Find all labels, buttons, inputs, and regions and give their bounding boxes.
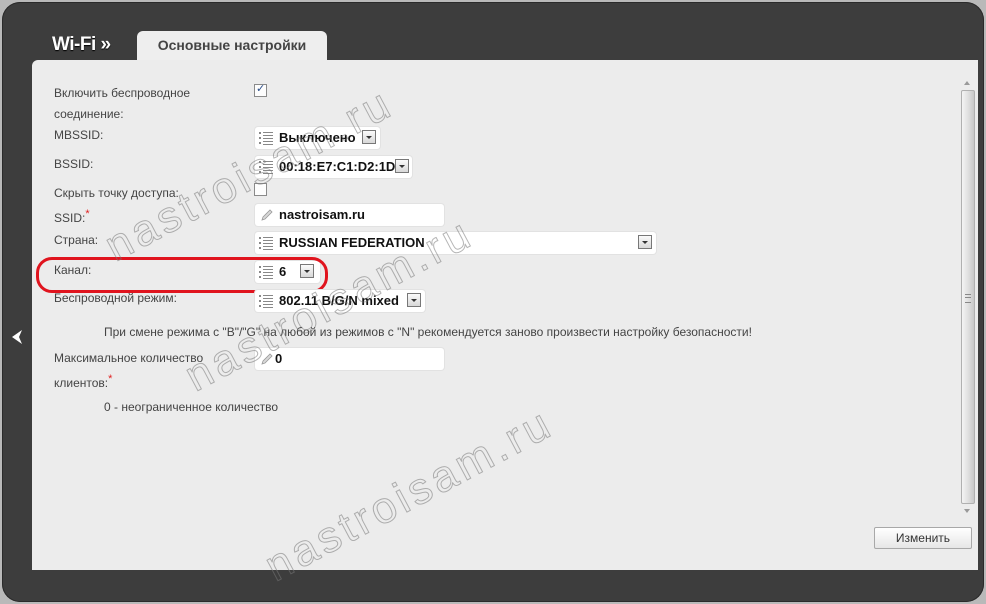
pencil-icon: [259, 352, 274, 366]
wireless-mode-select[interactable]: 802.11 B/G/N mixed: [255, 290, 425, 312]
bssid-select[interactable]: 00:18:E7:C1:D2:1D: [255, 156, 412, 178]
country-label: Страна:: [54, 230, 98, 251]
chevron-down-icon[interactable]: [407, 293, 421, 307]
chevron-down-icon[interactable]: [395, 159, 409, 173]
section-title: Wi-Fi »: [52, 34, 111, 56]
chevron-down-icon[interactable]: [638, 235, 652, 249]
ssid-label: SSID:*: [54, 204, 90, 229]
scroll-down-arrow-icon[interactable]: [960, 505, 975, 517]
mbssid-label: MBSSID:: [54, 125, 103, 146]
settings-panel: [32, 60, 978, 570]
channel-select[interactable]: 6: [255, 261, 320, 283]
enable-wireless-checkbox[interactable]: [254, 84, 267, 97]
country-value: RUSSIAN FEDERATION: [279, 232, 425, 254]
channel-label: Канал:: [54, 260, 91, 281]
list-icon: [259, 294, 274, 308]
list-icon: [259, 131, 274, 145]
max-clients-label: Максимальное количество клиентов:*: [54, 348, 203, 394]
channel-value: 6: [279, 261, 286, 283]
max-clients-value: 0: [275, 348, 282, 370]
ssid-value: nastroisam.ru: [279, 204, 365, 226]
max-clients-hint: 0 - неограниченное количество: [104, 400, 278, 414]
country-select[interactable]: RUSSIAN FEDERATION: [255, 232, 656, 254]
mbssid-value: Выключено: [279, 127, 356, 149]
list-icon: [259, 236, 274, 250]
ssid-input[interactable]: nastroisam.ru: [255, 204, 444, 226]
back-arrow-icon[interactable]: [10, 329, 24, 345]
mbssid-select[interactable]: Выключено: [255, 127, 380, 149]
scroll-up-arrow-icon[interactable]: [960, 77, 975, 89]
vertical-scrollbar[interactable]: [960, 77, 975, 517]
wireless-mode-label: Беспроводной режим:: [54, 288, 177, 309]
bssid-value: 00:18:E7:C1:D2:1D: [279, 156, 395, 178]
change-button[interactable]: Изменить: [874, 527, 972, 549]
chevron-down-icon[interactable]: [362, 130, 376, 144]
chevron-down-icon[interactable]: [300, 264, 314, 278]
list-icon: [259, 265, 274, 279]
pencil-icon: [259, 208, 274, 222]
mode-change-note: При смене режима с "B"/"G" на любой из р…: [104, 325, 752, 339]
wireless-mode-value: 802.11 B/G/N mixed: [279, 290, 399, 312]
grip-icon: [965, 294, 971, 303]
tab-basic-settings[interactable]: Основные настройки: [137, 31, 327, 61]
hide-ap-checkbox[interactable]: [254, 183, 267, 196]
bssid-label: BSSID:: [54, 154, 93, 175]
hide-ap-label: Скрыть точку доступа:: [54, 183, 179, 204]
enable-wireless-label: Включить беспроводное соединение:: [54, 83, 190, 125]
max-clients-input[interactable]: 0: [255, 348, 444, 370]
list-icon: [259, 160, 274, 174]
scroll-thumb[interactable]: [961, 90, 975, 504]
